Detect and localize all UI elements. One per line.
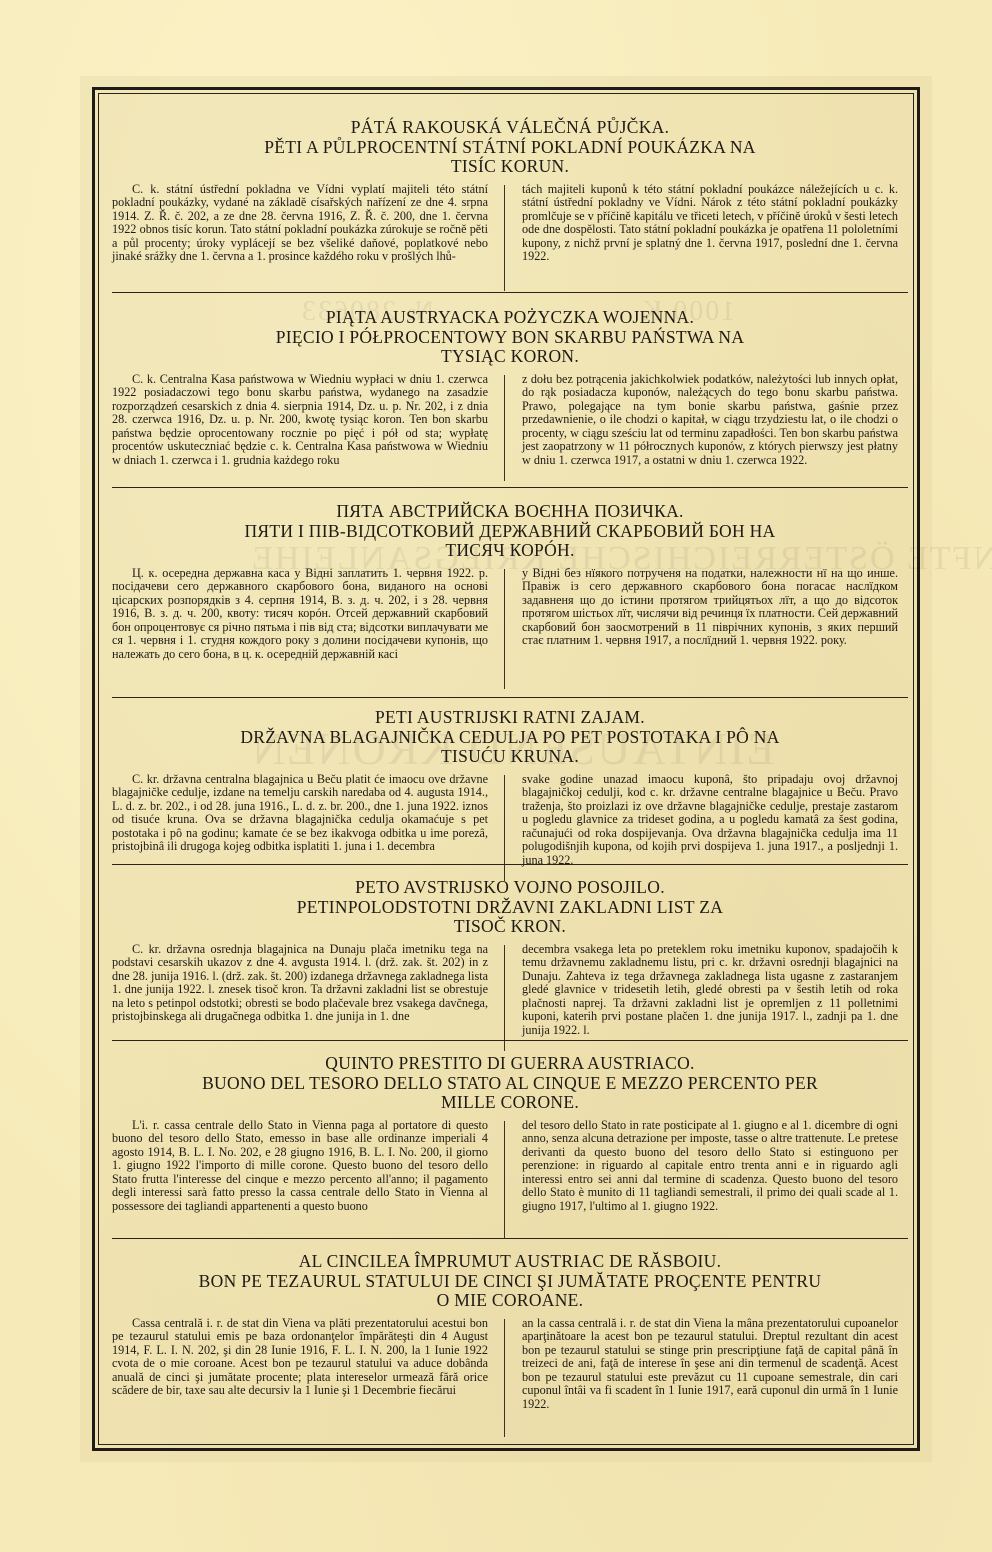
section-separator xyxy=(112,1040,908,1041)
section-columns: Cassa centrală i. r. de stat din Viena v… xyxy=(112,1317,908,1441)
section-title: PÁTÁ RAKOUSKÁ VÁLEČNÁ PŮJČKA. PĚTI A PŮL… xyxy=(112,118,908,177)
column-divider xyxy=(504,1319,505,1437)
section-separator xyxy=(112,697,908,698)
right-column-text: у Відні без нїякого потрученя на податки… xyxy=(522,567,898,649)
section-title: ПЯТА АВСТРИЙСКА ВОЄННА ПОЗИЧКА. ПЯТИ І П… xyxy=(112,502,908,561)
section-italian: QUINTO PRESTITO DI GUERRA AUSTRIACO. BUO… xyxy=(112,1054,908,1243)
column-divider xyxy=(504,1121,505,1239)
left-column-text: Ц. к. осередна державна каса у Відні зап… xyxy=(112,567,488,662)
title-line: QUINTO PRESTITO DI GUERRA AUSTRIACO. xyxy=(112,1054,908,1074)
right-column-text: del tesoro dello Stato in rate posticipa… xyxy=(522,1119,898,1214)
title-line: TISÍC KORUN. xyxy=(112,157,908,177)
section-columns: C. k. státní ústřední pokladna ve Vídni … xyxy=(112,183,908,295)
left-column-text: C. k. státní ústřední pokladna ve Vídni … xyxy=(112,183,488,265)
section-polish: PIĄTA AUSTRYACKA POŻYCZKA WOJENNA. PIĘCI… xyxy=(112,308,908,485)
right-column-text: svake godine unazad imaocu kuponâ, što p… xyxy=(522,773,898,868)
right-column-text: an la cassa centrală i. r. de stat din V… xyxy=(522,1317,898,1412)
title-line: PETINPOLODSTOTNI DRŽAVNI ZAKLADNI LIST Z… xyxy=(112,898,908,918)
title-line: PÁTÁ RAKOUSKÁ VÁLEČNÁ PŮJČKA. xyxy=(112,118,908,138)
section-separator xyxy=(112,292,908,293)
section-ukrainian: ПЯТА АВСТРИЙСКА ВОЄННА ПОЗИЧКА. ПЯТИ І П… xyxy=(112,502,908,693)
title-line: TISOČ KRON. xyxy=(112,917,908,937)
section-slovenian: PETO AVSTRIJSKO VOJNO POSOJILO. PETINPOL… xyxy=(112,878,908,1055)
section-columns: L'i. r. cassa centrale dello Stato in Vi… xyxy=(112,1119,908,1243)
section-columns: C. kr. državna osrednja blagajnica na Du… xyxy=(112,943,908,1055)
section-romanian: AL CINCILEA ÎMPRUMUT AUSTRIAC DE RĂSBOIU… xyxy=(112,1252,908,1441)
title-line: PETO AVSTRIJSKO VOJNO POSOJILO. xyxy=(112,878,908,898)
left-column-text: C. kr. državna osrednja blagajnica na Du… xyxy=(112,943,488,1025)
section-title: PIĄTA AUSTRYACKA POŻYCZKA WOJENNA. PIĘCI… xyxy=(112,308,908,367)
title-line: O MIE COROANE. xyxy=(112,1291,908,1311)
title-line: ПЯТИ І ПІВ-ВІДСОТКОВИЙ ДЕРЖАВНИЙ СКАРБОВ… xyxy=(112,522,908,542)
section-columns: C. kr. državna centralna blagajnica u Be… xyxy=(112,773,908,885)
section-title: PETO AVSTRIJSKO VOJNO POSOJILO. PETINPOL… xyxy=(112,878,908,937)
title-line: MILLE CORONE. xyxy=(112,1093,908,1113)
column-divider xyxy=(504,185,505,291)
title-line: TYSIĄC KORON. xyxy=(112,347,908,367)
title-line: PĚTI A PŮLPROCENTNÍ STÁTNÍ POKLADNÍ POUK… xyxy=(112,138,908,158)
title-line: PIĄTA AUSTRYACKA POŻYCZKA WOJENNA. xyxy=(112,308,908,328)
section-croatian: PETI AUSTRIJSKI RATNI ZAJAM. DRŽAVNA BLA… xyxy=(112,708,908,885)
title-line: ТИСЯЧ КОРÓН. xyxy=(112,541,908,561)
title-line: AL CINCILEA ÎMPRUMUT AUSTRIAC DE RĂSBOIU… xyxy=(112,1252,908,1272)
section-separator xyxy=(112,487,908,488)
title-line: BON PE TEZAURUL STATULUI DE CINCI ŞI JUM… xyxy=(112,1272,908,1292)
left-column-text: L'i. r. cassa centrale dello Stato in Vi… xyxy=(112,1119,488,1214)
right-column-text: tách majiteli kuponů k této státní pokla… xyxy=(522,183,898,265)
section-czech: PÁTÁ RAKOUSKÁ VÁLEČNÁ PŮJČKA. PĚTI A PŮL… xyxy=(112,118,908,295)
section-title: AL CINCILEA ÎMPRUMUT AUSTRIAC DE RĂSBOIU… xyxy=(112,1252,908,1311)
column-divider xyxy=(504,375,505,481)
section-separator xyxy=(112,1238,908,1239)
title-line: DRŽAVNA BLAGAJNIČKA CEDULJA PO PET POSTO… xyxy=(112,728,908,748)
section-columns: C. k. Centralna Kasa państwowa w Wiedniu… xyxy=(112,373,908,485)
title-line: PIĘCIO I PÓŁPROCENTOWY BON SKARBU PAŃSTW… xyxy=(112,328,908,348)
column-divider xyxy=(504,945,505,1051)
section-separator xyxy=(112,864,908,865)
title-line: PETI AUSTRIJSKI RATNI ZAJAM. xyxy=(112,708,908,728)
right-column-text: decembra vsakega leta po preteklem roku … xyxy=(522,943,898,1038)
title-line: ПЯТА АВСТРИЙСКА ВОЄННА ПОЗИЧКА. xyxy=(112,502,908,522)
title-line: BUONO DEL TESORO DELLO STATO AL CINQUE E… xyxy=(112,1074,908,1094)
left-column-text: C. kr. državna centralna blagajnica u Be… xyxy=(112,773,488,855)
right-column-text: z dołu bez potrącenia jakichkolwiek poda… xyxy=(522,373,898,468)
section-title: QUINTO PRESTITO DI GUERRA AUSTRIACO. BUO… xyxy=(112,1054,908,1113)
section-title: PETI AUSTRIJSKI RATNI ZAJAM. DRŽAVNA BLA… xyxy=(112,708,908,767)
left-column-text: Cassa centrală i. r. de stat din Viena v… xyxy=(112,1317,488,1399)
left-column-text: C. k. Centralna Kasa państwowa w Wiedniu… xyxy=(112,373,488,468)
section-columns: Ц. к. осередна державна каса у Відні зап… xyxy=(112,567,908,693)
title-line: TISUĆU KRUNA. xyxy=(112,747,908,767)
column-divider xyxy=(504,569,505,689)
